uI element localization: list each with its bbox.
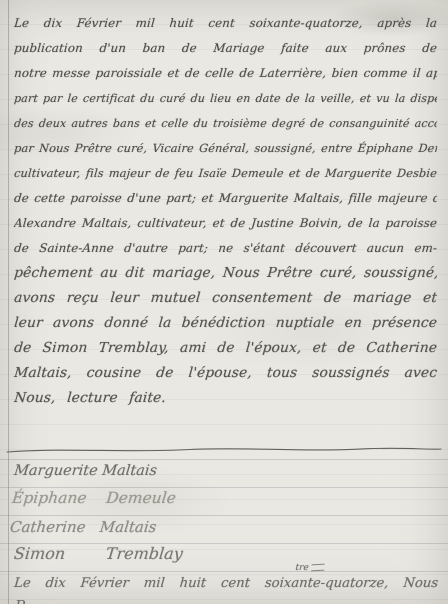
record-line: cultivateur, fils majeur de feu Isaïe De… (13, 161, 438, 186)
record-line: par Nous Prêtre curé, Vicaire Général, s… (13, 136, 438, 161)
margin-rule (8, 0, 9, 604)
ruled-line (0, 487, 448, 488)
ruled-line (0, 459, 448, 460)
record-line: pêchement au dit mariage, Nous Prêtre cu… (13, 261, 438, 286)
signature-bride: Marguerite Maltais (13, 463, 158, 479)
record-line: avons reçu leur mutuel consentement de m… (13, 286, 438, 311)
record-line: Maltais, cousine de l'épouse, tous souss… (13, 361, 438, 386)
signature-groom: Épiphane Demeule (11, 489, 177, 507)
record-body: Le dix Février mil huit cent soixante-qu… (14, 11, 437, 411)
record-line: part par le certificat du curé du lieu e… (13, 86, 438, 111)
next-entry-partial-glyph: P (15, 597, 25, 604)
record-line: de cette paroisse d'une part; et Marguer… (13, 186, 438, 211)
record-line: de Sainte-Anne d'autre part; ne s'étant … (13, 236, 438, 261)
signature-flourish (311, 564, 324, 572)
record-line: Le dix Février mil huit cent soixante-qu… (13, 11, 438, 36)
signature-witness-catherine: Catherine Maltais (9, 518, 157, 536)
record-line: Alexandre Maltais, cultivateur, et de Ju… (13, 211, 438, 236)
priest-title-superscript: tre (295, 563, 309, 573)
separator-flourish (5, 444, 443, 456)
record-line: notre messe paroissiale et de celle de L… (13, 61, 438, 86)
record-line: publication d'un ban de Mariage faite au… (13, 36, 438, 61)
record-line: de Simon Tremblay, ami de l'époux, et de… (13, 336, 438, 361)
record-line: leur avons donné la bénédiction nuptiale… (13, 311, 438, 336)
record-line: Nous, lecture faite. (13, 386, 438, 411)
record-line: des deux autres bans et celle du troisiè… (13, 111, 438, 136)
register-page: Le dix Février mil huit cent soixante-qu… (0, 0, 448, 604)
next-entry-first-line: Le dix Février mil huit cent soixante-qu… (13, 576, 438, 591)
ruled-line (0, 571, 448, 572)
ruled-line (0, 515, 448, 516)
signature-witness-simon: Simon Tremblay (13, 544, 184, 563)
